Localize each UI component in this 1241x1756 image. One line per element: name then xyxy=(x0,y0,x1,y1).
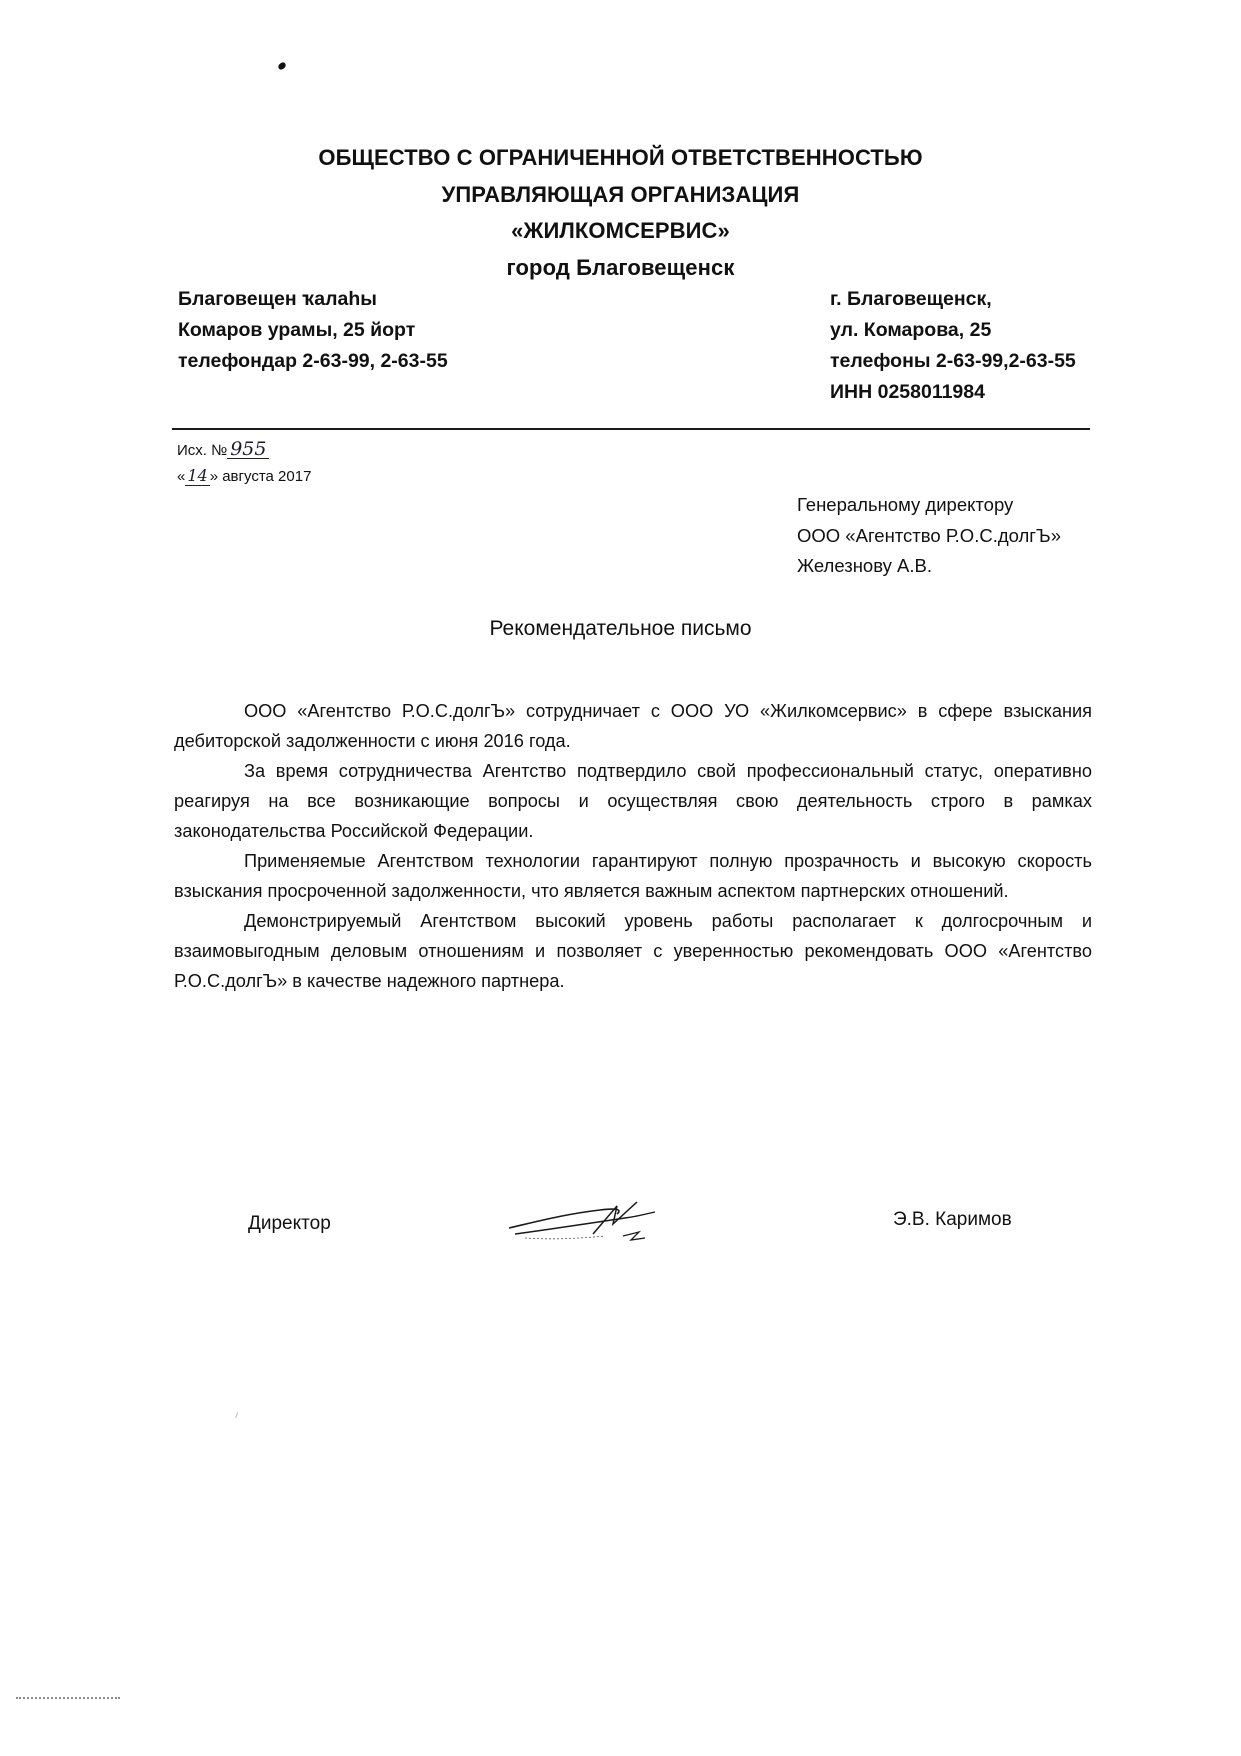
address-left-line-2: Комаров урамы, 25 йорт xyxy=(178,315,448,346)
recipient-block: Генеральному директору ООО «Агентство Р.… xyxy=(797,490,1061,582)
letterhead-line-1: ОБЩЕСТВО С ОГРАНИЧЕННОЙ ОТВЕТСТВЕННОСТЬЮ xyxy=(0,140,1241,177)
address-russian: г. Благовещенск, ул. Комарова, 25 телефо… xyxy=(830,284,1076,408)
outgoing-number-value: 955 xyxy=(227,440,269,459)
paragraph-3: Применяемые Агентством технологии гарант… xyxy=(174,846,1092,906)
address-right-line-2: ул. Комарова, 25 xyxy=(830,315,1076,346)
scan-artifact-line xyxy=(16,1697,120,1699)
address-right-line-4: ИНН 0258011984 xyxy=(830,377,1076,408)
header-divider xyxy=(172,428,1090,430)
outgoing-reference: Исх. №955 «14» августа 2017 xyxy=(177,438,311,490)
letter-title: Рекомендательное письмо xyxy=(0,614,1241,644)
address-bashkir: Благовещен ҡалаһы Комаров урамы, 25 йорт… xyxy=(178,284,448,377)
letterhead-line-3: «ЖИЛКОМСЕРВИС» xyxy=(0,213,1241,250)
letterhead: ОБЩЕСТВО С ОГРАНИЧЕННОЙ ОТВЕТСТВЕННОСТЬЮ… xyxy=(0,140,1241,286)
date-close-quote: » xyxy=(210,468,218,485)
paragraph-2: За время сотрудничества Агентство подтве… xyxy=(174,756,1092,846)
outgoing-date: «14» августа 2017 xyxy=(177,464,311,490)
recipient-line-1: Генеральному директору xyxy=(797,490,1061,521)
recipient-line-3: Железнову А.В. xyxy=(797,551,1061,582)
handwritten-signature-icon xyxy=(505,1196,665,1244)
recipient-line-2: ООО «Агентство Р.О.С.долгЪ» xyxy=(797,521,1061,552)
date-open-quote: « xyxy=(177,468,185,485)
address-left-line-3: телефондар 2-63-99, 2-63-55 xyxy=(178,346,448,377)
signatory-name: Э.В. Каримов xyxy=(893,1206,1012,1234)
scan-speck xyxy=(277,61,287,71)
date-month-year: августа 2017 xyxy=(218,468,311,485)
letterhead-line-4: город Благовещенск xyxy=(0,250,1241,287)
outgoing-number-label: Исх. № xyxy=(177,442,227,459)
letter-body: ООО «Агентство Р.О.С.долгЪ» сотрудничает… xyxy=(174,696,1092,996)
date-day: 14 xyxy=(185,467,209,486)
signatory-role: Директор xyxy=(248,1210,331,1238)
outgoing-number: Исх. №955 xyxy=(177,438,311,464)
address-right-line-1: г. Благовещенск, xyxy=(830,284,1076,315)
scan-artifact xyxy=(235,1412,243,1420)
address-left-line-1: Благовещен ҡалаһы xyxy=(178,284,448,315)
paragraph-4: Демонстрируемый Агентством высокий урове… xyxy=(174,906,1092,996)
paragraph-1: ООО «Агентство Р.О.С.долгЪ» сотрудничает… xyxy=(174,696,1092,756)
address-right-line-3: телефоны 2-63-99,2-63-55 xyxy=(830,346,1076,377)
letterhead-line-2: УПРАВЛЯЮЩАЯ ОРГАНИЗАЦИЯ xyxy=(0,177,1241,214)
